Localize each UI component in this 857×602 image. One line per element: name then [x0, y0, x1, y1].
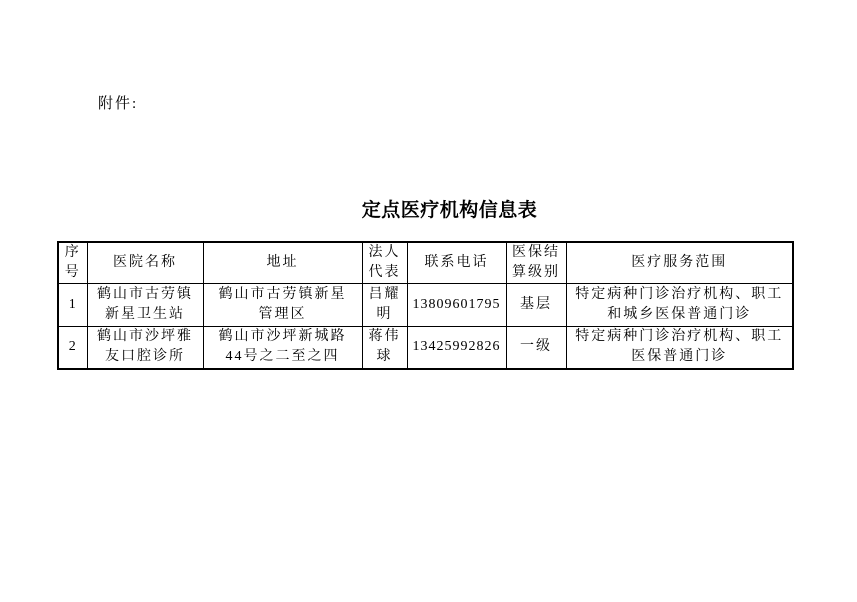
- attachment-label: 附件:: [98, 92, 138, 113]
- cell-medical-service-scope: 特定病种门诊治疗机构、职工 和城乡医保普通门诊: [566, 284, 793, 327]
- cell-insurance-settlement-level: 一级: [506, 327, 566, 369]
- header-medical-service-scope: 医疗服务范围: [566, 242, 793, 284]
- cell-address: 鹤山市古劳镇新星 管理区: [203, 284, 362, 327]
- medical-institution-table: 序 号 医院名称 地址 法人 代表 联系电话 医保结 算级别 医疗服务范围 1 …: [57, 241, 794, 370]
- header-insurance-settlement-level: 医保结 算级别: [506, 242, 566, 284]
- cell-address: 鹤山市沙坪新城路 44号之二至之四: [203, 327, 362, 369]
- header-contact-phone: 联系电话: [407, 242, 506, 284]
- header-legal-representative: 法人 代表: [362, 242, 407, 284]
- header-serial-number: 序 号: [58, 242, 87, 284]
- cell-hospital-name: 鹤山市古劳镇 新星卫生站: [87, 284, 203, 327]
- cell-serial-number: 1: [58, 284, 87, 327]
- cell-legal-representative: 蒋伟 球: [362, 327, 407, 369]
- header-hospital-name: 医院名称: [87, 242, 203, 284]
- page-title: 定点医疗机构信息表: [0, 195, 857, 222]
- cell-hospital-name: 鹤山市沙坪雅 友口腔诊所: [87, 327, 203, 369]
- cell-contact-phone: 13425992826: [407, 327, 506, 369]
- table-header-row: 序 号 医院名称 地址 法人 代表 联系电话 医保结 算级别 医疗服务范围: [58, 242, 793, 284]
- cell-contact-phone: 13809601795: [407, 284, 506, 327]
- cell-medical-service-scope: 特定病种门诊治疗机构、职工 医保普通门诊: [566, 327, 793, 369]
- cell-insurance-settlement-level: 基层: [506, 284, 566, 327]
- header-address: 地址: [203, 242, 362, 284]
- table-row: 2 鹤山市沙坪雅 友口腔诊所 鹤山市沙坪新城路 44号之二至之四 蒋伟 球 13…: [58, 327, 793, 369]
- cell-serial-number: 2: [58, 327, 87, 369]
- table-row: 1 鹤山市古劳镇 新星卫生站 鹤山市古劳镇新星 管理区 吕耀 明 1380960…: [58, 284, 793, 327]
- cell-legal-representative: 吕耀 明: [362, 284, 407, 327]
